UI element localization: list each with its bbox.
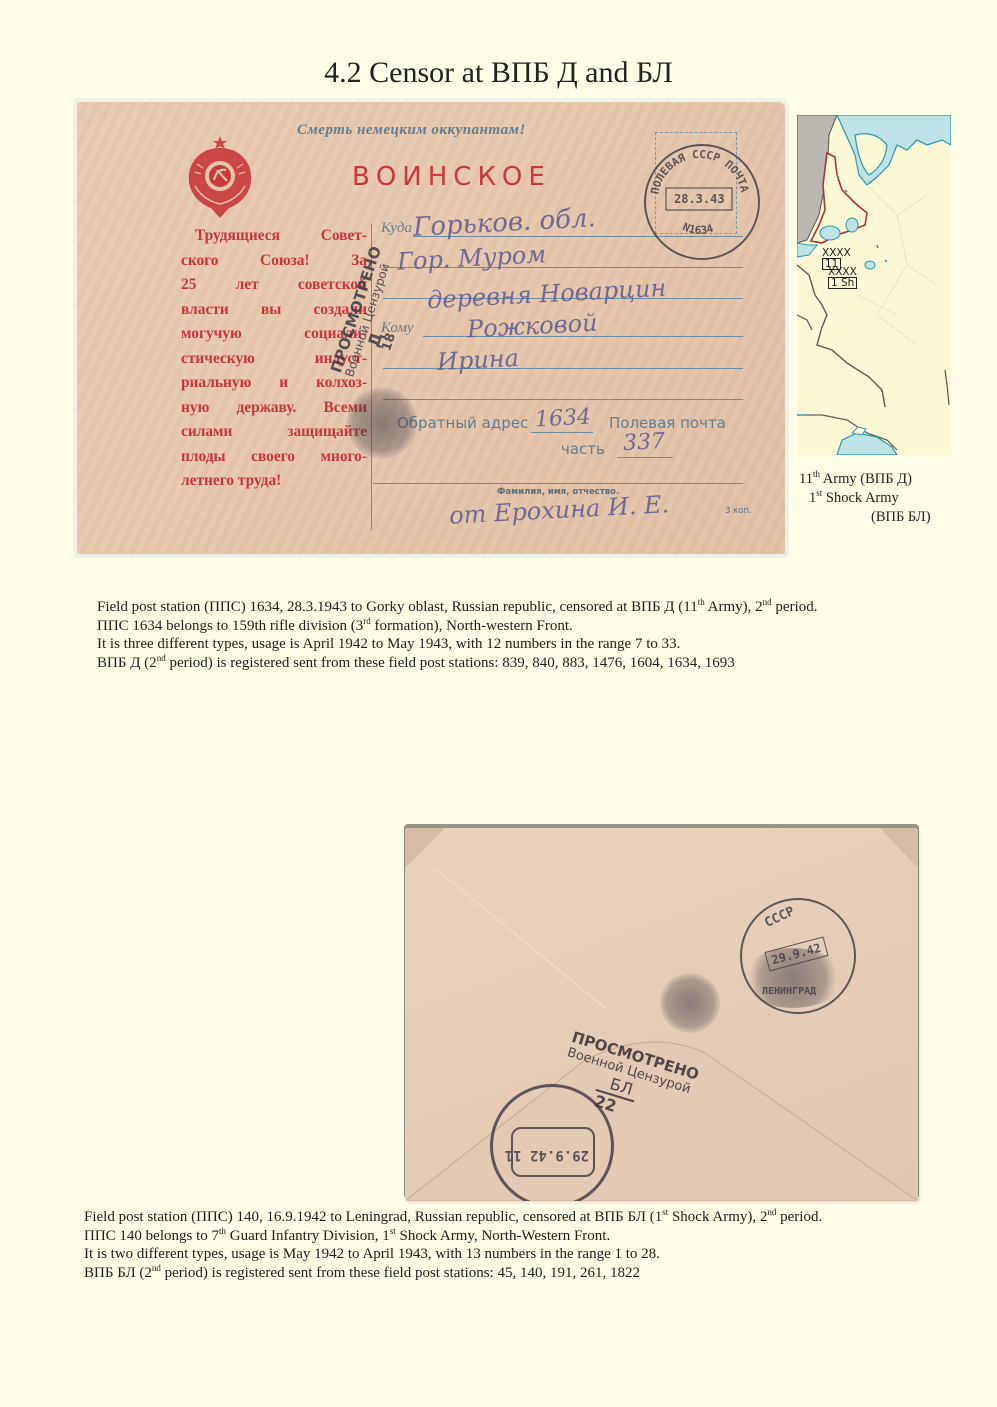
army-marker-1-shock: XXXX 1 Sh xyxy=(828,267,857,289)
desc-line: ВПБ Д (2nd period) is registered sent fr… xyxy=(97,654,818,673)
desc-line: Field post station (ППС) 140, 16.9.1942 … xyxy=(84,1208,822,1227)
desc-line: It is three different types, usage is Ap… xyxy=(97,635,818,654)
to-label: Куда xyxy=(381,220,412,237)
appeal-line: риальную и колхоз- xyxy=(181,371,367,396)
map-caption: 11th Army (ВПБ Д) 1st Shock Army (ВПБ БЛ… xyxy=(799,470,931,527)
wax-seal-mark xyxy=(660,973,720,1033)
address-line xyxy=(383,399,743,400)
desc-line: Field post station (ППС) 1634, 28.3.1943… xyxy=(97,598,818,617)
appeal-line: 25 лет советской xyxy=(181,273,367,298)
appeal-line: ную державу. Всеми xyxy=(181,396,367,421)
page-title: 4.2 Censor at ВПБ Д and БЛ xyxy=(0,56,997,90)
unit-number: 337 xyxy=(622,429,665,456)
sender-handwritten: от Ерохина И. Е. xyxy=(448,490,669,529)
desc-line: ППС 140 belongs to 7th Guard Infantry Di… xyxy=(84,1227,822,1246)
ussr-coat-of-arms-icon xyxy=(181,134,259,220)
description-back-cover: Field post station (ППС) 140, 16.9.1942 … xyxy=(84,1208,822,1282)
handwritten-address-line: деревня Новарцин xyxy=(426,274,666,314)
smudged-postmark xyxy=(347,387,417,459)
appeal-line: Трудящиеся Совет- xyxy=(181,224,367,249)
map-graphic xyxy=(797,115,951,455)
appeal-line: плоды своего много- xyxy=(181,445,367,470)
appeal-line: ского Союза! За xyxy=(181,249,367,274)
postmark-date: 28.3.43 xyxy=(674,192,725,206)
field-postmark: ПОЛЕВАЯ СССР ПОЧТА N1634 28.3.43 xyxy=(644,144,760,260)
ink-smudge xyxy=(743,948,843,1008)
desc-line: It is two different types, usage is May … xyxy=(84,1245,822,1264)
svg-text:N1634: N1634 xyxy=(681,220,716,237)
description-front-cover: Field post station (ППС) 1634, 28.3.1943… xyxy=(97,598,818,672)
desc-line: ППС 1634 belongs to 159th rifle division… xyxy=(97,617,818,636)
back-cover-image: СССР 29.9.42 ЛЕНИНГРАД ПРОСМОТРЕНО Военн… xyxy=(405,828,918,1201)
unit-label: часть xyxy=(561,440,605,458)
unit-label: 1 Sh xyxy=(828,277,857,289)
appeal-line: летнего труда! xyxy=(181,469,367,494)
handwritten-recipient-line: Ирина xyxy=(436,344,519,376)
appeal-line: силами защищайте xyxy=(181,420,367,445)
handwritten-recipient-line: Рожковой xyxy=(466,309,598,344)
echelon-label: XXXX xyxy=(828,267,857,277)
field-post-label: Полевая почта xyxy=(609,414,726,432)
echelon-label: XXXX xyxy=(822,248,851,258)
return-field-post-number: 1634 xyxy=(534,405,591,433)
desc-line: ВПБ БЛ (2nd period) is registered sent f… xyxy=(84,1264,822,1283)
transit-postmark: 29.9.42 11 xyxy=(490,1084,614,1201)
price: 3 коп. xyxy=(725,506,752,516)
front-cover-image: Смерть немецким оккупантам! ВОИНСКОЕ Тру… xyxy=(77,102,785,554)
cover-slogan: Смерть немецким оккупантам! xyxy=(297,122,526,139)
cover-type-heading: ВОИНСКОЕ xyxy=(352,162,551,192)
appeal-line: власти вы создали xyxy=(181,298,367,323)
address-line xyxy=(617,457,673,458)
front-map: XXXX 11 XXXX 1 Sh xyxy=(797,115,951,455)
sender-line xyxy=(373,483,743,484)
